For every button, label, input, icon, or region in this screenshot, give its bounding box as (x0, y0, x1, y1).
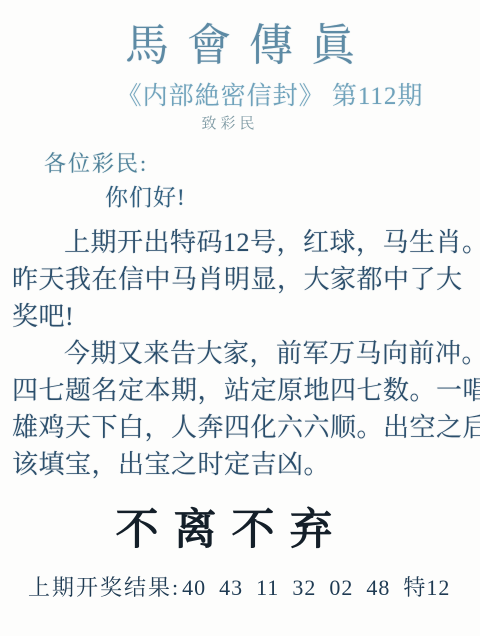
fax-document-page: 馬會傳眞 《内部絶密信封》 第112期 致彩民 各位彩民: 你们好! 上期开出特… (0, 0, 480, 636)
masthead-subtitle: 《内部絶密信封》 第112期 (30, 82, 480, 112)
result-number: 48 (366, 573, 390, 603)
special-label: 特 (403, 575, 426, 600)
result-label: 上期开奖结果: (28, 575, 180, 600)
special-value: 12 (426, 575, 450, 600)
letter-line: 奖吧! (12, 298, 474, 335)
greeting-line: 你们好! (105, 184, 480, 212)
result-number: 43 (219, 573, 243, 603)
letter-line: 四七题名定本期，站定原地四七数。一唱 (12, 372, 474, 409)
result-line: 上期开奖结果:404311320248特12 (28, 573, 480, 603)
result-number: 11 (256, 573, 279, 603)
letter-line: 今期又来告大家，前军万马向前冲。 (12, 335, 474, 372)
letter-body: 上期开出特码12号，红球，马生肖。 昨天我在信中马肖明显，大家都中了大 奖吧! … (0, 224, 480, 483)
salutation: 各位彩民: (44, 151, 480, 177)
letter-line: 雄鸡天下白，人奔四化六六顺。出空之后 (12, 409, 474, 446)
special-number: 特12 (403, 573, 450, 603)
slogan-text: 不离不弃 (0, 503, 464, 559)
result-number: 32 (292, 573, 316, 603)
result-number: 02 (329, 573, 353, 603)
result-number: 40 (182, 573, 206, 603)
dedication-note: 致彩民 (0, 115, 470, 133)
letter-line: 该填宝，出宝之时定吉凶。 (12, 446, 474, 483)
masthead-title: 馬會傳眞 (0, 20, 480, 72)
masthead: 馬會傳眞 《内部絶密信封》 第112期 致彩民 (0, 20, 480, 133)
letter-line: 上期开出特码12号，红球，马生肖。 (12, 224, 474, 261)
letter-line: 昨天我在信中马肖明显，大家都中了大 (12, 261, 474, 298)
